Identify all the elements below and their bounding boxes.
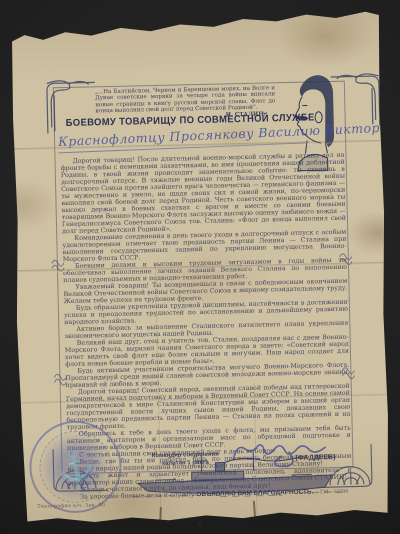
naval-round-stamp: ⚓ [28,420,122,514]
warship-illustration-icon [131,449,344,502]
form-number: ГМ—32298 [320,490,348,496]
print-shop-note: Типография в/ч. Зак. 80 [37,503,105,510]
document-sheet: „...На Балтийском, Черном и Баренцовом м… [9,10,391,525]
epigraph-text: „...На Балтийском, Черном и Баренцовом м… [95,85,275,114]
paper-tear [253,501,256,519]
letter-paragraph: Дорогой товарищ! После длительной военно… [60,152,346,235]
paper-tear [159,507,161,521]
photo-background: „...На Балтийском, Черном и Баренцовом м… [0,0,400,534]
